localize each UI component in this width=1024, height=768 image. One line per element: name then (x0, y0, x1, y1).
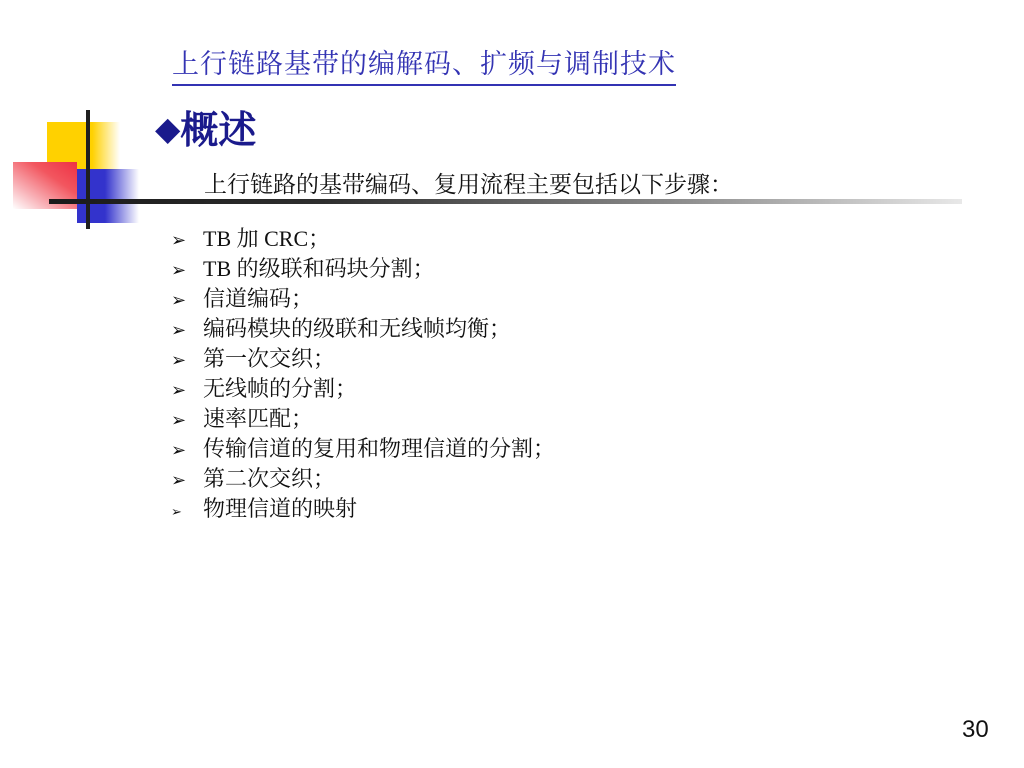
arrow-bullet-icon: ➢ (171, 466, 203, 496)
bullet-list: ➢ TB 加 CRC； ➢ TB 的级联和码块分割； ➢ 信道编码； ➢ 编码模… (171, 224, 555, 524)
decor-horizontal-rule (49, 199, 962, 204)
list-item-text: 编码模块的级联和无线帧均衡； (203, 314, 511, 344)
arrow-bullet-icon: ➢ (171, 316, 203, 346)
list-item: ➢ TB 加 CRC； (171, 224, 555, 254)
list-item-text: 信道编码； (203, 284, 313, 314)
arrow-bullet-icon: ➢ (171, 376, 203, 406)
list-item: ➢ 第一次交织； (171, 344, 555, 374)
arrow-bullet-icon: ➢ (171, 286, 203, 316)
list-item-text: 第一次交织； (203, 344, 335, 374)
list-item-text: 传输信道的复用和物理信道的分割； (203, 434, 555, 464)
list-item: ➢ 编码模块的级联和无线帧均衡； (171, 314, 555, 344)
list-item-text: TB 加 CRC； (203, 224, 330, 254)
page-number: 30 (962, 716, 1002, 744)
arrow-bullet-icon: ➢ (171, 256, 203, 286)
list-item-text: 无线帧的分割； (203, 374, 357, 404)
arrow-bullet-icon: ➢ (171, 346, 203, 376)
list-item: ➢ 速率匹配； (171, 404, 555, 434)
list-item: ➢ 传输信道的复用和物理信道的分割； (171, 434, 555, 464)
list-item-text: 第二次交织； (203, 464, 335, 494)
list-item: ➢ 物理信道的映射 (171, 494, 555, 524)
intro-text: 上行链路的基带编码、复用流程主要包括以下步骤： (204, 166, 733, 199)
arrow-bullet-icon: ➢ (171, 406, 203, 436)
list-item: ➢ 无线帧的分割； (171, 374, 555, 404)
list-item: ➢ TB 的级联和码块分割； (171, 254, 555, 284)
arrow-bullet-icon: ➢ (171, 226, 203, 256)
presentation-slide: 上行链路基带的编解码、扩频与调制技术 ◆概述 上行链路的基带编码、复用流程主要包… (0, 0, 1024, 768)
list-item: ➢ 第二次交织； (171, 464, 555, 494)
list-item-text: 速率匹配； (203, 404, 313, 434)
diamond-bullet-icon: ◆ (155, 109, 180, 148)
arrow-bullet-icon: ➢ (171, 498, 203, 528)
section-heading: ◆概述 (155, 99, 256, 154)
decor-vertical-line (86, 110, 90, 229)
section-heading-label: 概述 (180, 110, 256, 152)
list-item: ➢ 信道编码； (171, 284, 555, 314)
arrow-bullet-icon: ➢ (171, 436, 203, 466)
slide-title-link[interactable]: 上行链路基带的编解码、扩频与调制技术 (172, 42, 676, 86)
list-item-text: TB 的级联和码块分割； (203, 254, 435, 284)
list-item-text: 物理信道的映射 (203, 494, 357, 524)
